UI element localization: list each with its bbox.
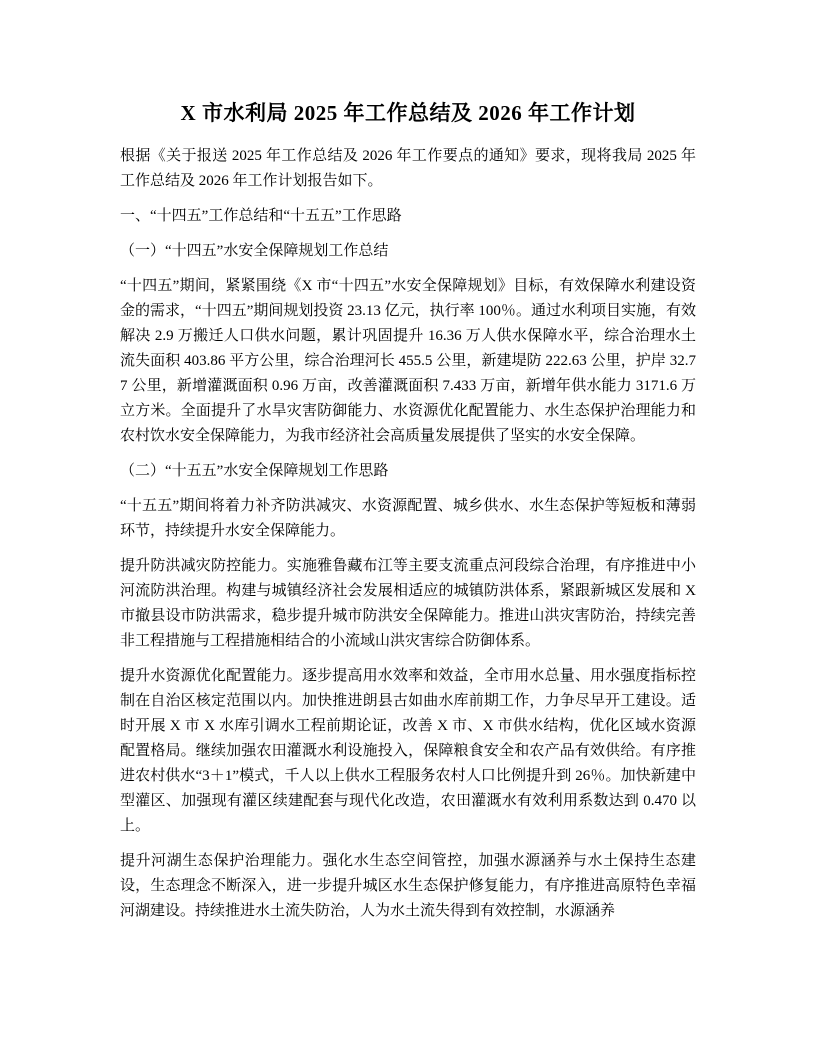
document-page: X 市水利局 2025 年工作总结及 2026 年工作计划 根据《关于报送 20… [0,0,816,1056]
section-heading-level-2-part-2: （二）“十五五”水安全保障规划工作思路 [120,459,696,484]
paragraph-flood-control: 提升防洪减灾防控能力。实施雅鲁藏布江等主要支流重点河段综合治理，有序推进中小河流… [120,554,696,654]
section-heading-level-2-part-1: （一）“十四五”水安全保障规划工作总结 [120,239,696,264]
paragraph-14th-five-year-summary: “十四五”期间，紧紧围绕《X 市“十四五”水安全保障规划》目标，有效保障水利建设… [120,274,696,449]
document-title: X 市水利局 2025 年工作总结及 2026 年工作计划 [120,98,696,128]
paragraph-intro: 根据《关于报送 2025 年工作总结及 2026 年工作要点的通知》要求，现将我… [120,144,696,194]
document-body: 根据《关于报送 2025 年工作总结及 2026 年工作要点的通知》要求，现将我… [120,144,696,924]
section-heading-level-1: 一、“十四五”工作总结和“十五五”工作思路 [120,204,696,229]
paragraph-river-lake-ecology: 提升河湖生态保护治理能力。强化水生态空间管控，加强水源涵养与水土保持生态建设，生… [120,849,696,924]
paragraph-15th-five-year-overview: “十五五”期间将着力补齐防洪减灾、水资源配置、城乡供水、水生态保护等短板和薄弱环… [120,494,696,544]
paragraph-water-resource-allocation: 提升水资源优化配置能力。逐步提高用水效率和效益，全市用水总量、用水强度指标控制在… [120,664,696,839]
